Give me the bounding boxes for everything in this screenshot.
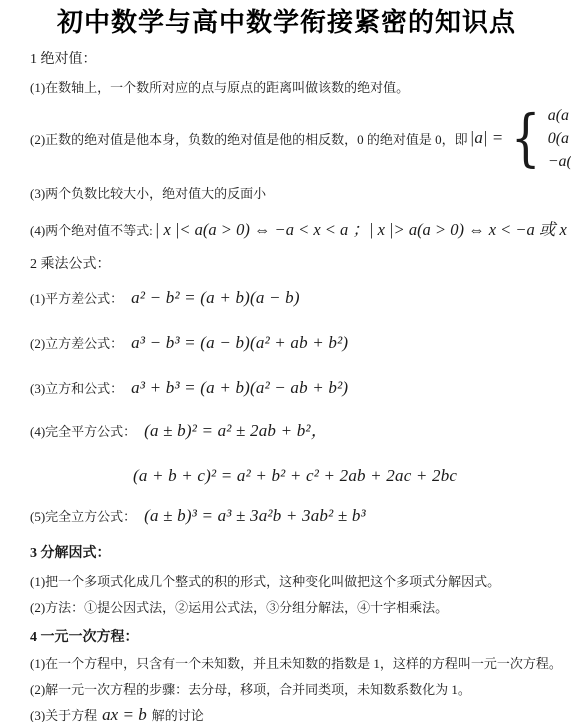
formula-line-perfect-cube: (5)完全立方公式： (a ± b)³ = a³ ± 3a²b + 3ab² ±… [30, 503, 543, 530]
linear-eq-discussion-line: (3)关于方程 ax = b 解的讨论 [30, 704, 543, 722]
piecewise-brace: { [511, 102, 541, 174]
formula-expression: a² − b² = (a + b)(a − b) [131, 285, 300, 311]
section-4-heading: 4 一元一次方程： [30, 628, 543, 648]
abs-piecewise-line: (2)正数的绝对值是他本身，负数的绝对值是他的相反数，0 的绝对值是 0，即 |… [30, 102, 543, 174]
discussion-formula: ax = b [102, 704, 147, 722]
piecewise-prefix-text: (2)正数的绝对值是他本身，负数的绝对值是他的相反数，0 的绝对值是 0，即 [30, 129, 468, 148]
abs-compare-line: (3)两个负数比较大小，绝对值大的反面小 [30, 184, 543, 204]
formula-line-perfect-square: (4)完全平方公式： (a ± b)² = a² ± 2ab + b²， [30, 418, 543, 445]
piecewise-case-2: 0(a = 0) [548, 127, 571, 150]
abs-inequality-line: (4)两个绝对值不等式: | x |< a(a > 0) ⇔ −a < x < … [30, 218, 543, 243]
abs-inequality-formula: | x |< a(a > 0) ⇔ −a < x < a ；| x |> a(a… [155, 218, 571, 242]
document-title: 初中数学与高中数学衔接紧密的知识点 [30, 6, 543, 40]
piecewise-case-1: a(a > 0) [548, 104, 571, 127]
section-3-heading: 3 分解因式： [30, 544, 543, 564]
abs-definition-line: (1)在数轴上，一个数所对应的点与原点的距离叫做该数的绝对值。 [30, 78, 543, 98]
formula-label: (3)立方和公式： [30, 376, 123, 402]
formula-label: (5)完全立方公式： [30, 504, 136, 530]
formula-expression: (a ± b)³ = a³ ± 3a²b + 3ab² ± b³ [144, 503, 366, 529]
formula-line-cube-diff: (2)立方差公式： a³ − b³ = (a − b)(a² + ab + b²… [30, 330, 543, 357]
formula-expression: (a + b + c)² = a² + b² + c² + 2ab + 2ac … [133, 463, 457, 489]
piecewise-lhs-formula: |a| = [470, 128, 504, 148]
formula-line-square-diff: (1)平方差公式： a² − b² = (a + b)(a − b) [30, 285, 543, 312]
linear-eq-steps-line: (2)解一元一次方程的步骤：去分母，移项，合并同类项，未知数系数化为 1。 [30, 680, 543, 700]
discussion-suffix-text: 解的讨论 [152, 705, 204, 722]
document: 初中数学与高中数学衔接紧密的知识点 1 绝对值： (1)在数轴上，一个数所对应的… [0, 6, 571, 722]
formula-line-cube-sum: (3)立方和公式： a³ + b³ = (a + b)(a² − ab + b²… [30, 375, 543, 402]
formula-expression: (a ± b)² = a² ± 2ab + b²， [144, 418, 328, 444]
discussion-prefix-text: (3)关于方程 [30, 705, 97, 722]
formula-label: (2)立方差公式： [30, 331, 123, 357]
formula-line-trinomial-square: (a + b + c)² = a² + b² + c² + 2ab + 2ac … [30, 463, 543, 489]
section-1-heading: 1 绝对值： [30, 50, 543, 70]
formula-label: (1)平方差公式： [30, 286, 123, 312]
formula-expression: a³ + b³ = (a + b)(a² − ab + b²) [131, 375, 348, 401]
factoring-methods-line: (2)方法：①提公因式法，②运用公式法，③分组分解法，④十字相乘法。 [30, 598, 543, 618]
section-2-heading: 2 乘法公式： [30, 255, 543, 275]
piecewise-case-3: −a(a < 0) [548, 150, 571, 173]
formula-label: (4)完全平方公式： [30, 419, 136, 445]
formula-expression: a³ − b³ = (a − b)(a² + ab + b²) [131, 330, 348, 356]
piecewise-cases: a(a > 0) 0(a = 0) −a(a < 0) [548, 104, 571, 173]
factoring-definition-line: (1)把一个多项式化成几个整式的积的形式，这种变化叫做把这个多项式分解因式。 [30, 572, 543, 592]
linear-eq-definition-line: (1)在一个方程中，只含有一个未知数，并且未知数的指数是 1，这样的方程叫一元一… [30, 654, 543, 674]
abs-inequality-label: (4)两个绝对值不等式: [30, 219, 153, 243]
